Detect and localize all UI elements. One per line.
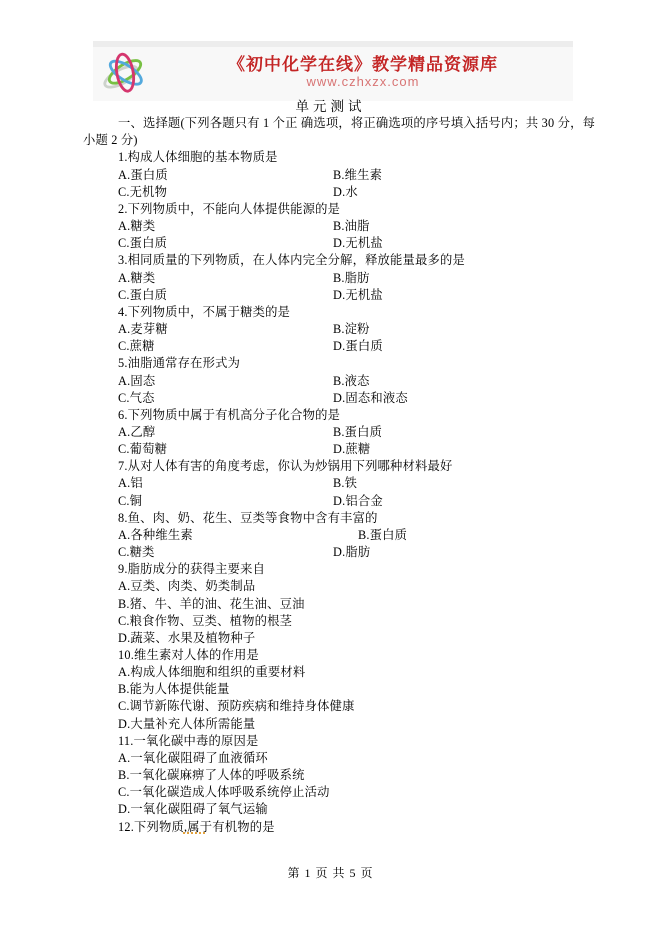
question-stem: 9.脂肪成分的获得主要来自: [83, 561, 578, 578]
section-intro-line2: 小题 2 分): [83, 132, 578, 149]
option-c: C.无机物: [118, 185, 167, 199]
site-title: 《初中化学在线》教学精品资源库: [218, 50, 508, 75]
doc-title: 单元测试: [83, 98, 578, 115]
site-url: www.czhxzx.com: [218, 74, 508, 89]
question-stem: 4.下列物质中，不属于糖类的是: [83, 304, 578, 321]
option-a: A.豆类、肉类、奶类制品: [83, 578, 578, 595]
option-a: A.麦芽糖: [118, 322, 168, 336]
option-c: C.调节新陈代谢、预防疾病和维持身体健康: [83, 698, 578, 715]
option-a: A.糖类: [118, 219, 155, 233]
option-c: C.一氧化碳造成人体呼吸系统停止活动: [83, 784, 578, 801]
option-b: B.蛋白质: [333, 424, 382, 441]
option-row: A.铝 B.铁: [83, 475, 578, 492]
option-row: C.铜 D.铝合金: [83, 493, 578, 510]
question-stem: 6.下列物质中属于有机高分子化合物的是: [83, 407, 578, 424]
option-a: A.固态: [118, 374, 155, 388]
option-row: C.无机物 D.水: [83, 184, 578, 201]
question-stem: 1.构成人体细胞的基本物质是: [83, 149, 578, 166]
option-b: B.一氧化碳麻痹了人体的呼吸系统: [83, 767, 578, 784]
option-b: B.维生素: [333, 167, 382, 184]
option-row: C.蔗糖 D.蛋白质: [83, 338, 578, 355]
option-row: C.葡萄糖 D.蔗糖: [83, 441, 578, 458]
question-stem: 5.油脂通常存在形式为: [83, 355, 578, 372]
option-d: D.无机盐: [333, 235, 383, 252]
option-b: B.液态: [333, 373, 370, 390]
spellcheck-underline: [183, 832, 205, 834]
atom-orbits-logo-icon: [99, 50, 151, 97]
option-d: D.大量补充人体所需能量: [83, 716, 578, 733]
option-d: D.蔗糖: [333, 441, 370, 458]
option-c: C.葡萄糖: [118, 442, 167, 456]
option-b: B.淀粉: [333, 321, 370, 338]
option-c: C.糖类: [118, 545, 155, 559]
option-c: C.气态: [118, 391, 155, 405]
page-number-footer: 第 1 页 共 5 页: [0, 864, 661, 881]
option-row: A.各种维生素 B.蛋白质: [83, 527, 578, 544]
option-a: A.蛋白质: [118, 168, 168, 182]
option-b: B.蛋白质: [358, 527, 407, 544]
option-c: C.蛋白质: [118, 288, 167, 302]
option-c: C.蔗糖: [118, 339, 155, 353]
option-b: B.猪、牛、羊的油、花生油、豆油: [83, 596, 578, 613]
option-row: A.乙醇 B.蛋白质: [83, 424, 578, 441]
option-row: A.糖类 B.脂肪: [83, 270, 578, 287]
option-a: A.一氧化碳阻碍了血液循环: [83, 750, 578, 767]
question-stem: 8.鱼、肉、奶、花生、豆类等食物中含有丰富的: [83, 510, 578, 527]
question-stem: 7.从对人体有害的角度考虑，你认为炒锅用下列哪种材料最好: [83, 458, 578, 475]
option-row: A.糖类 B.油脂: [83, 218, 578, 235]
option-a: A.各种维生素: [118, 528, 193, 542]
option-d: D.蛋白质: [333, 338, 383, 355]
option-row: A.麦芽糖 B.淀粉: [83, 321, 578, 338]
option-d: D.水: [333, 184, 358, 201]
section-intro-line1: 一、选择题(下列各题只有 1 个正 确选项，将正确选项的序号填入括号内；共 30…: [83, 115, 578, 132]
option-c: C.粮食作物、豆类、植物的根茎: [83, 613, 578, 630]
option-b: B.能为人体提供能量: [83, 681, 578, 698]
option-a: A.铝: [118, 476, 143, 490]
question-stem: 3.相同质量的下列物质，在人体内完全分解，释放能量最多的是: [83, 252, 578, 269]
option-a: A.糖类: [118, 271, 155, 285]
option-b: B.油脂: [333, 218, 370, 235]
option-c: C.蛋白质: [118, 236, 167, 250]
question-stem: 12.下列物质,属于有机物的是: [83, 819, 578, 836]
site-header-banner: 《初中化学在线》教学精品资源库 www.czhxzx.com: [93, 41, 573, 101]
question-stem: 2.下列物质中，不能向人体提供能源的是: [83, 201, 578, 218]
question-stem: 10.维生素对人体的作用是: [83, 647, 578, 664]
option-a: A.乙醇: [118, 425, 155, 439]
option-b: B.铁: [333, 475, 357, 492]
test-paper-content: 单元测试 一、选择题(下列各题只有 1 个正 确选项，将正确选项的序号填入括号内…: [83, 98, 578, 836]
option-d: D.蔬菜、水果及植物种子: [83, 630, 578, 647]
option-d: D.一氧化碳阻碍了氧气运输: [83, 801, 578, 818]
option-c: C.铜: [118, 494, 142, 508]
document-page: 《初中化学在线》教学精品资源库 www.czhxzx.com 单元测试 一、选择…: [0, 0, 661, 935]
option-row: A.蛋白质 B.维生素: [83, 167, 578, 184]
question-stem: 11.一氧化碳中毒的原因是: [83, 733, 578, 750]
header-top-strip: [93, 41, 573, 47]
option-row: A.固态 B.液态: [83, 373, 578, 390]
option-row: C.糖类 D.脂肪: [83, 544, 578, 561]
option-row: C.蛋白质 D.无机盐: [83, 235, 578, 252]
option-b: B.脂肪: [333, 270, 370, 287]
option-d: D.无机盐: [333, 287, 383, 304]
option-d: D.脂肪: [333, 544, 370, 561]
option-a: A.构成人体细胞和组织的重要材料: [83, 664, 578, 681]
option-d: D.铝合金: [333, 493, 383, 510]
option-d: D.固态和液态: [333, 390, 408, 407]
option-row: C.气态 D.固态和液态: [83, 390, 578, 407]
option-row: C.蛋白质 D.无机盐: [83, 287, 578, 304]
